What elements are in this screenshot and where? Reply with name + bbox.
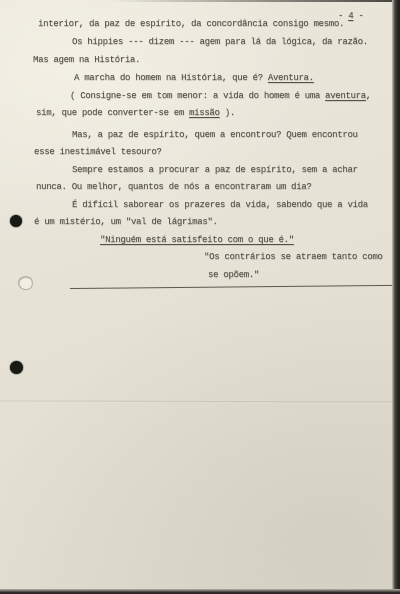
scan-edge-top	[110, 0, 400, 2]
text-line: é um mistério, um "val de lágrimas".	[34, 217, 218, 227]
scan-edge-right	[392, 0, 400, 594]
quote-line: "Os contrários se atraem tanto como	[204, 252, 383, 262]
text-line: É difícil saborear os prazeres da vida, …	[72, 200, 368, 210]
scan-edge-bottom	[0, 589, 400, 594]
hole-punch-top	[10, 215, 22, 227]
text-line: interior, da paz de espírito, da concord…	[38, 19, 344, 29]
quote-line: "Ninguém está satisfeito com o que é."	[100, 235, 294, 245]
text-line: sim, que pode converter-se em missão ).	[36, 108, 235, 118]
text-line: Mas, a paz de espírito, quem a encontrou…	[72, 130, 358, 140]
text-line: Mas agem na História.	[33, 55, 140, 65]
text-line: Os hippies --- dizem --- agem para lá da…	[72, 37, 368, 47]
quote-line: se opõem."	[208, 270, 259, 280]
horizontal-rule	[70, 285, 396, 289]
text-line: Sempre estamos a procurar a paz de espír…	[72, 165, 358, 175]
document-page: - 4 -interior, da paz de espírito, da co…	[0, 0, 400, 594]
text-line: ( Consigne-se em tom menor: a vida do ho…	[70, 91, 371, 101]
fold-crease	[0, 400, 400, 403]
text-line: nunca. Ou melhor, quantos de nós a encon…	[36, 182, 311, 192]
text-line: A marcha do homem na História, que é? Av…	[74, 73, 314, 83]
hole-punch-bottom	[10, 361, 23, 374]
torn-paper-hole	[16, 274, 35, 292]
text-line: esse inestimável tesouro?	[34, 147, 162, 157]
